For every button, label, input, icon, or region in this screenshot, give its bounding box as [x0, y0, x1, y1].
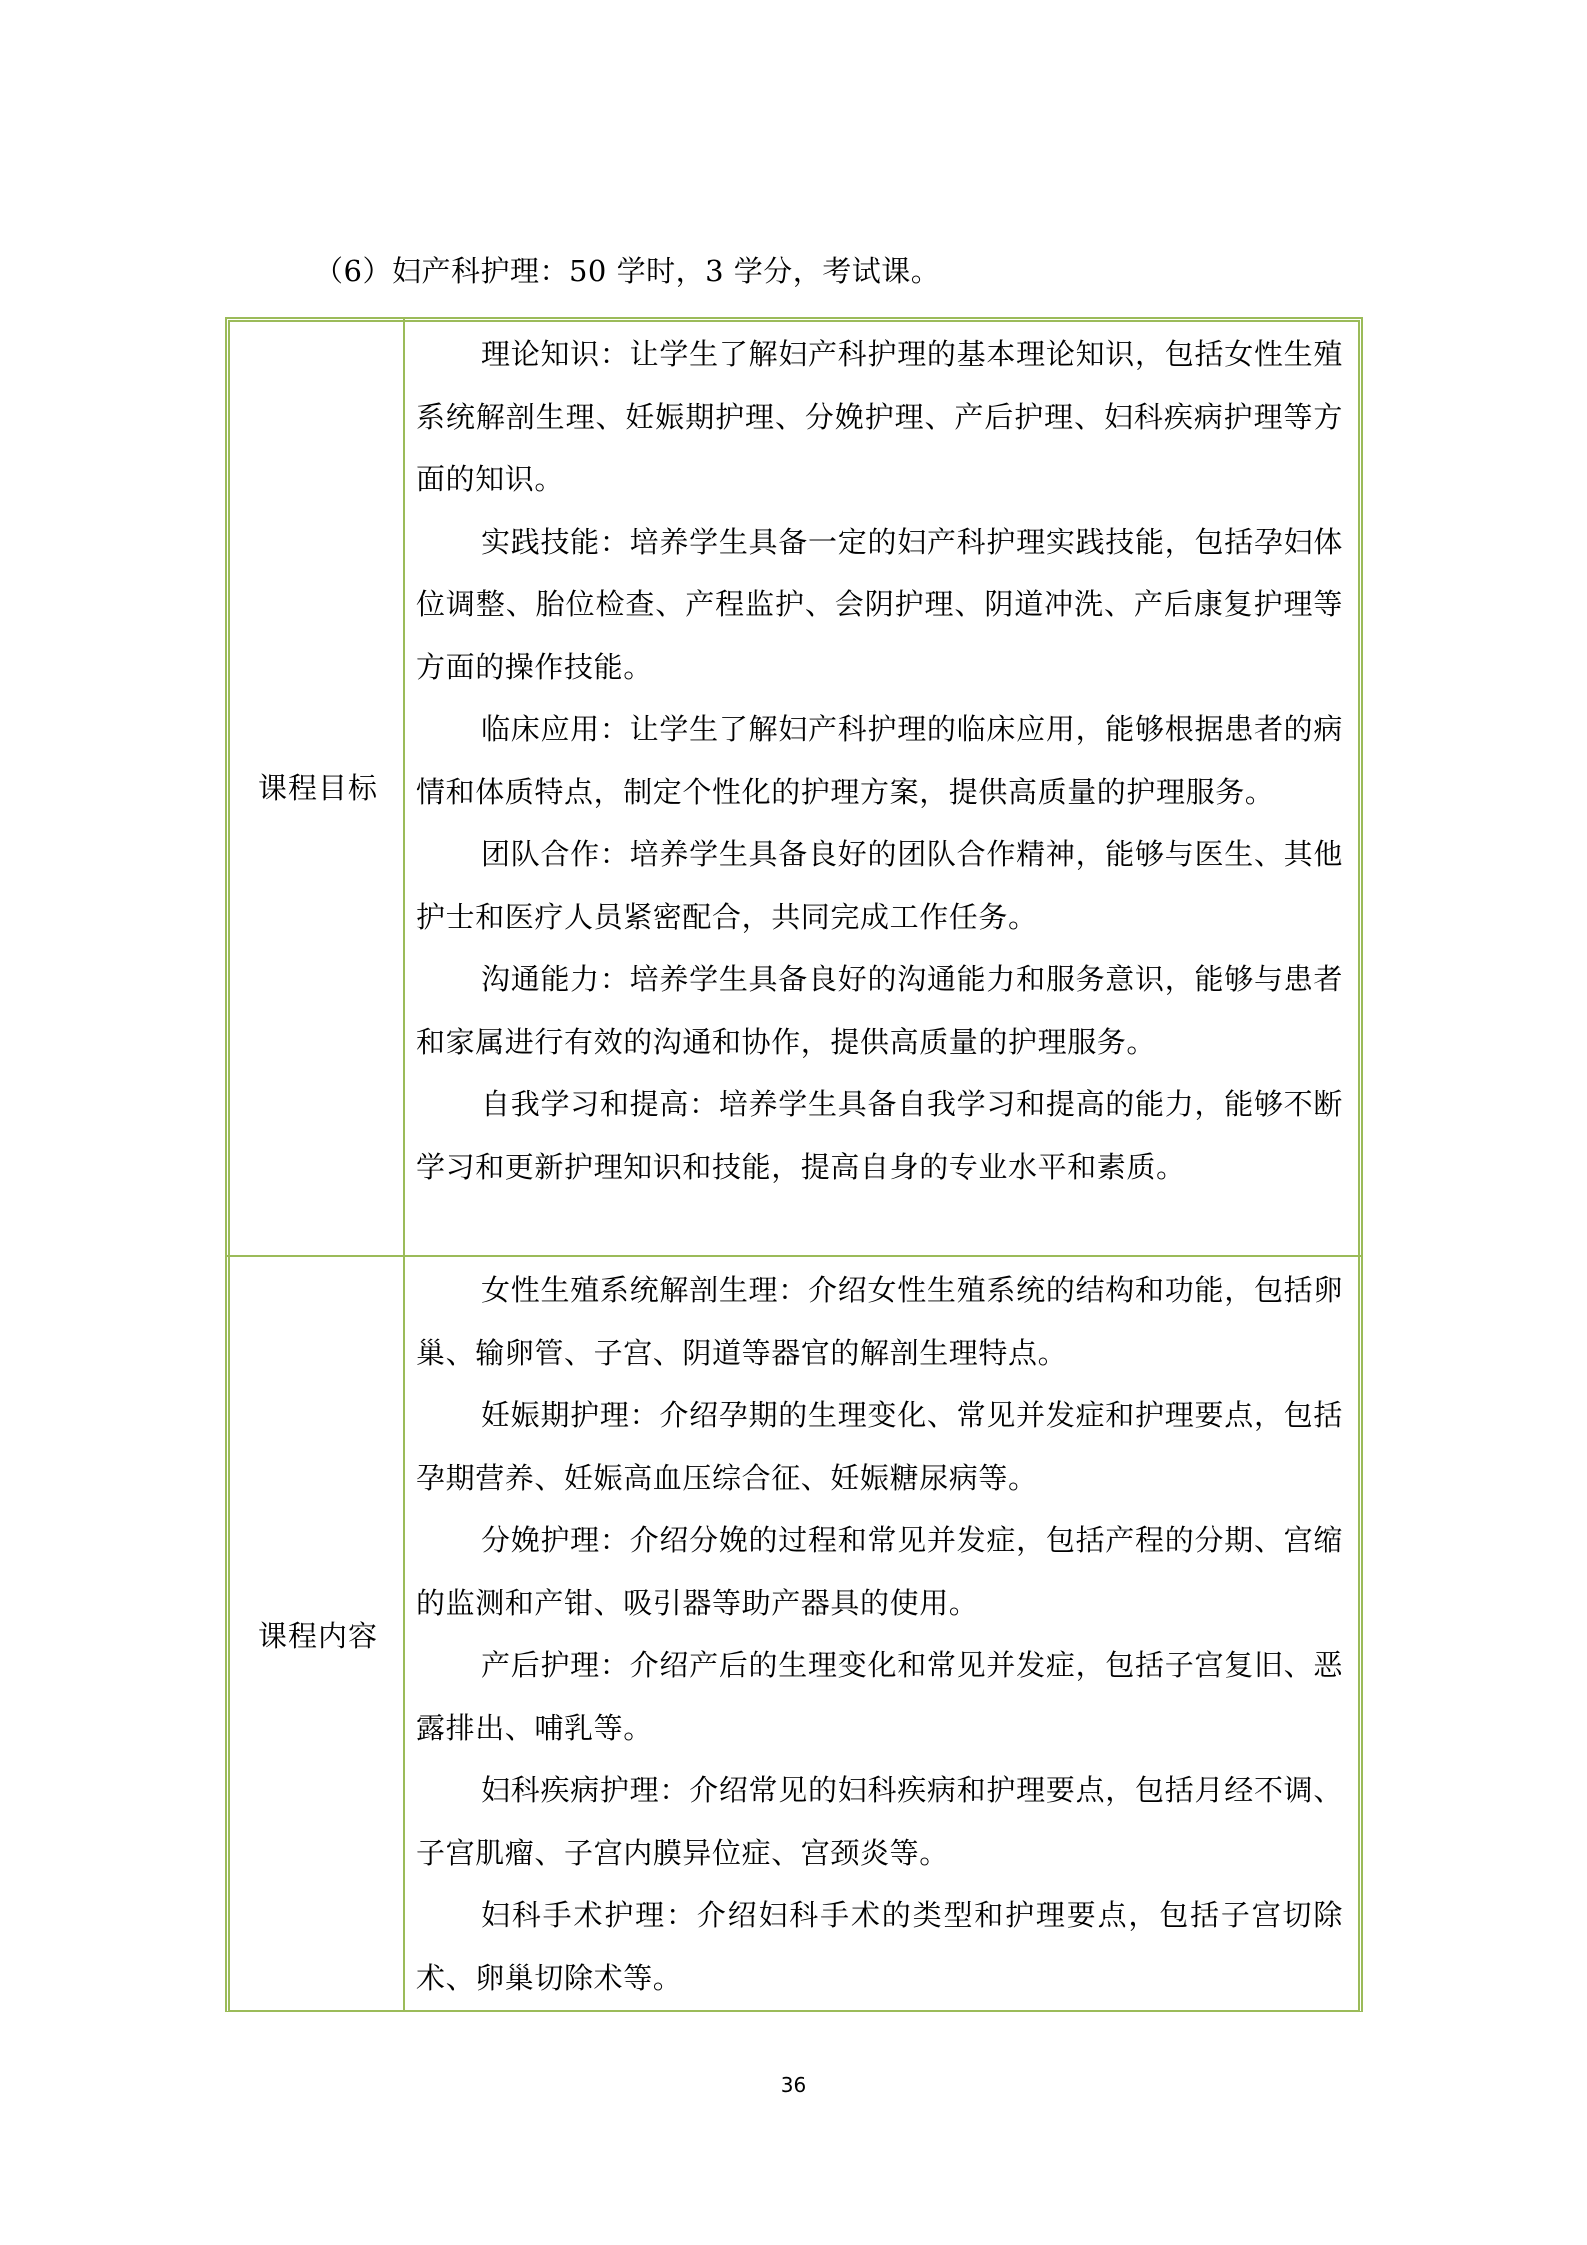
row-body-course-goals: 理论知识：让学生了解妇产科护理的基本理论知识，包括女性生殖系统解剖生理、妊娠期护…	[403, 317, 1363, 1255]
goal-paragraph-teamwork: 团队合作：培养学生具备良好的团队合作精神，能够与医生、其他护士和医疗人员紧密配合…	[416, 823, 1343, 948]
goal-paragraph-clinical: 临床应用：让学生了解妇产科护理的临床应用，能够根据患者的病情和体质特点，制定个性…	[416, 698, 1343, 823]
content-paragraph-delivery: 分娩护理：介绍分娩的过程和常见并发症，包括产程的分期、宫缩的监测和产钳、吸引器等…	[416, 1509, 1343, 1634]
page-number: 36	[0, 2070, 1587, 2100]
table-row-course-content: 课程内容 女性生殖系统解剖生理：介绍女性生殖系统的结构和功能，包括卵巢、输卵管、…	[225, 1255, 1363, 2012]
row-label-course-goals: 课程目标	[225, 317, 403, 1255]
goal-paragraph-self-learning: 自我学习和提高：培养学生具备自我学习和提高的能力，能够不断学习和更新护理知识和技…	[416, 1073, 1343, 1198]
content-paragraph-gynecologic-disease: 妇科疾病护理：介绍常见的妇科疾病和护理要点，包括月经不调、子宫肌瘤、子宫内膜异位…	[416, 1759, 1343, 1884]
goal-paragraph-communication: 沟通能力：培养学生具备良好的沟通能力和服务意识，能够与患者和家属进行有效的沟通和…	[416, 948, 1343, 1073]
row-body-course-content: 女性生殖系统解剖生理：介绍女性生殖系统的结构和功能，包括卵巢、输卵管、子宫、阴道…	[403, 1257, 1363, 2012]
goal-paragraph-practice: 实践技能：培养学生具备一定的妇产科护理实践技能，包括孕妇体位调整、胎位检查、产程…	[416, 511, 1343, 699]
section-heading: （6）妇产科护理：50 学时，3 学分，考试课。	[314, 251, 940, 291]
table-row-course-goals: 课程目标 理论知识：让学生了解妇产科护理的基本理论知识，包括女性生殖系统解剖生理…	[225, 317, 1363, 1255]
content-paragraph-pregnancy: 妊娠期护理：介绍孕期的生理变化、常见并发症和护理要点，包括孕期营养、妊娠高血压综…	[416, 1384, 1343, 1509]
content-paragraph-postpartum: 产后护理：介绍产后的生理变化和常见并发症，包括子宫复旧、恶露排出、哺乳等。	[416, 1634, 1343, 1759]
content-paragraph-anatomy: 女性生殖系统解剖生理：介绍女性生殖系统的结构和功能，包括卵巢、输卵管、子宫、阴道…	[416, 1259, 1343, 1384]
row-label-course-content: 课程内容	[225, 1257, 403, 2012]
content-paragraph-gynecologic-surgery: 妇科手术护理：介绍妇科手术的类型和护理要点，包括子宫切除术、卵巢切除术等。	[416, 1884, 1343, 2009]
goal-paragraph-theory: 理论知识：让学生了解妇产科护理的基本理论知识，包括女性生殖系统解剖生理、妊娠期护…	[416, 323, 1343, 511]
